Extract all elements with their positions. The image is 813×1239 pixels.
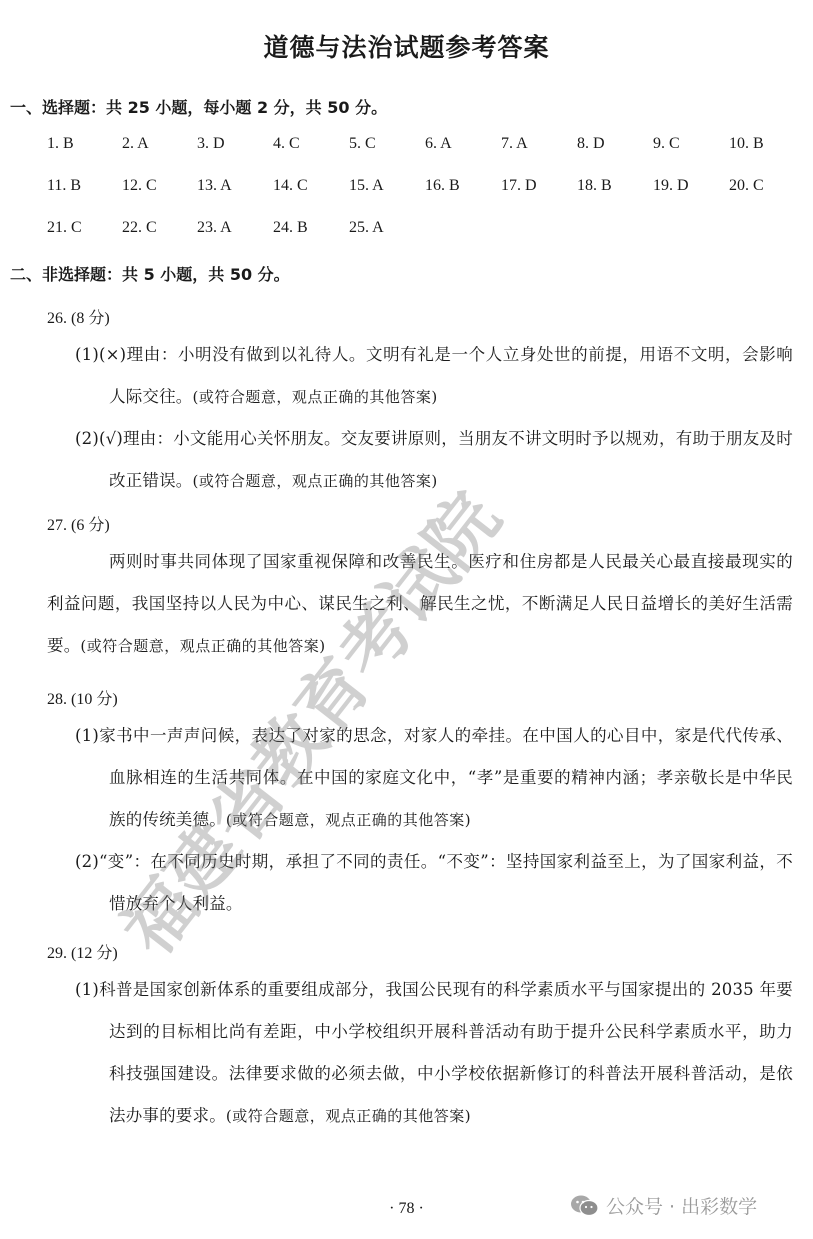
answer-item: 9. C <box>653 135 680 153</box>
question-27-answer: 两则时事共同体现了国家重视保障和改善民生。医疗和住房都是人民最关心最直接最现实的… <box>47 541 793 667</box>
answer-item: 11. B <box>47 177 81 195</box>
answer-item: 21. C <box>47 219 82 237</box>
answer-item: 14. C <box>273 177 308 195</box>
question-29-part-1: (1)科普是国家创新体系的重要组成部分，我国公民现有的科学素质水平与国家提出的 … <box>109 969 793 1137</box>
question-28-part-1: (1)家书中一声声问候，表达了对家的思念，对家人的牵挂。在中国人的心目中，家是代… <box>109 715 793 841</box>
answer-item: 19. D <box>653 177 689 195</box>
answer-text: (2)“变”：在不同历史时期，承担了不同的责任。“不变”：坚持国家利益至上，为了… <box>75 852 793 913</box>
answer-item: 12. C <box>122 177 157 195</box>
brand-label: 公众号 · 出彩数学 <box>606 1192 757 1219</box>
answer-item: 6. A <box>425 135 452 153</box>
question-28-part-2: (2)“变”：在不同历史时期，承担了不同的责任。“不变”：坚持国家利益至上，为了… <box>109 841 793 925</box>
question-26-part-2: (2)(√)理由：小文能用心关怀朋友。交友要讲原则，当朋友不讲文明时予以规劝，有… <box>109 418 793 502</box>
question-26-part-1: (1)(×)理由：小明没有做到以礼待人。文明有礼是一个人立身处世的前提，用语不文… <box>109 334 793 418</box>
answer-item: 20. C <box>729 177 764 195</box>
answer-text: (1)科普是国家创新体系的重要组成部分，我国公民现有的科学素质水平与国家提出的 … <box>75 980 793 1125</box>
answer-note: (或符合题意，观点正确的其他答案) <box>193 388 438 406</box>
section-1-heading: 一、选择题：共 25 小题，每小题 2 分，共 50 分。 <box>10 95 387 118</box>
answer-note: (或符合题意，观点正确的其他答案) <box>80 637 325 655</box>
question-29-label: 29. (12 分) <box>47 940 118 963</box>
answer-item: 1. B <box>47 135 74 153</box>
answer-item: 25. A <box>349 219 384 237</box>
answer-item: 15. A <box>349 177 384 195</box>
wechat-icon <box>570 1194 600 1218</box>
page-title: 道德与法治试题参考答案 <box>0 28 813 64</box>
answer-item: 18. B <box>577 177 612 195</box>
answer-item: 22. C <box>122 219 157 237</box>
question-26-label: 26. (8 分) <box>47 305 110 328</box>
answer-item: 16. B <box>425 177 460 195</box>
answer-item: 5. C <box>349 135 376 153</box>
answer-item: 24. B <box>273 219 308 237</box>
answer-note: (或符合题意，观点正确的其他答案) <box>226 811 471 829</box>
answer-item: 17. D <box>501 177 537 195</box>
answer-key-page: 道德与法治试题参考答案 一、选择题：共 25 小题，每小题 2 分，共 50 分… <box>0 0 813 1239</box>
question-27-label: 27. (6 分) <box>47 512 110 535</box>
answer-item: 13. A <box>197 177 232 195</box>
answer-item: 7. A <box>501 135 528 153</box>
answer-item: 3. D <box>197 135 225 153</box>
answer-note: (或符合题意，观点正确的其他答案) <box>226 1107 471 1125</box>
wechat-brand: 公众号 · 出彩数学 <box>570 1192 757 1219</box>
answer-item: 4. C <box>273 135 300 153</box>
answer-note: (或符合题意，观点正确的其他答案) <box>193 472 438 490</box>
answer-item: 2. A <box>122 135 149 153</box>
answer-item: 8. D <box>577 135 605 153</box>
answer-item: 23. A <box>197 219 232 237</box>
answer-item: 10. B <box>729 135 764 153</box>
question-28-label: 28. (10 分) <box>47 686 118 709</box>
section-2-heading: 二、非选择题：共 5 小题，共 50 分。 <box>10 262 290 285</box>
